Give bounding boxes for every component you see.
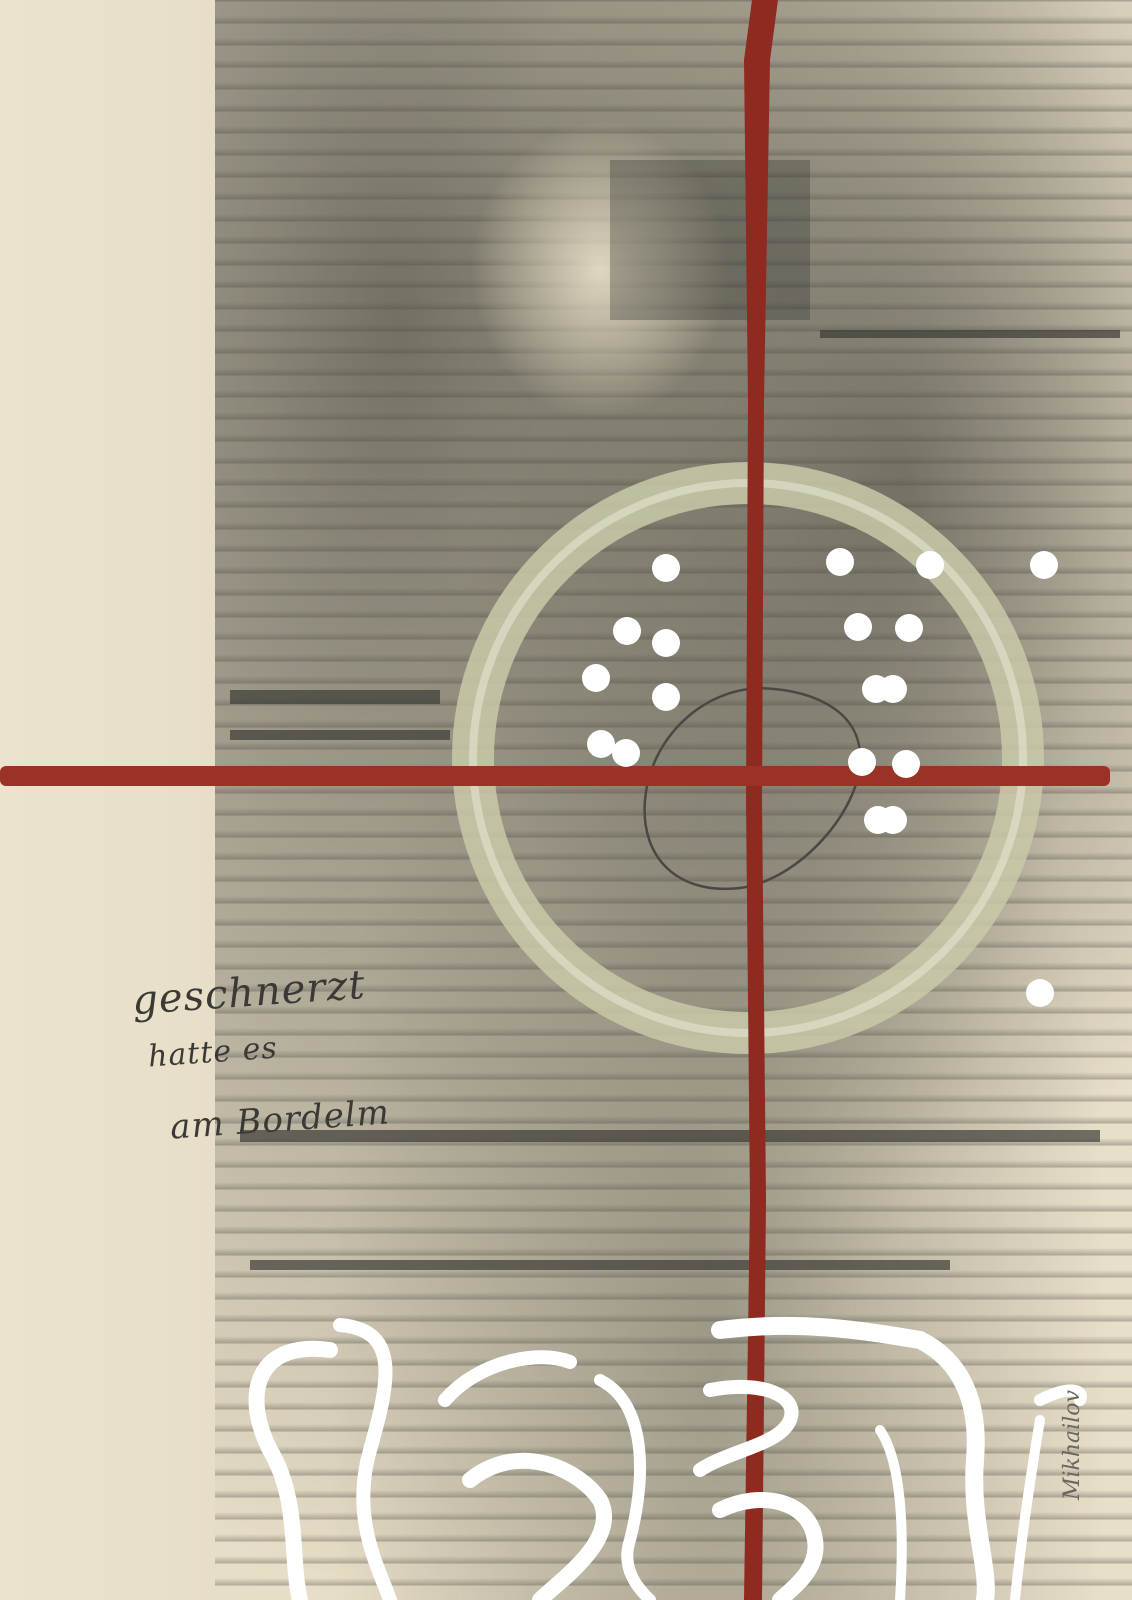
white-flowing-shapes	[257, 1325, 1081, 1600]
artwork-canvas: geschnerzt hatte es am Bordelm Mikhailov	[0, 0, 1132, 1600]
artist-signature: Mikhailov	[1060, 1390, 1085, 1500]
red-horizontal-line	[0, 766, 1110, 786]
painted-elements	[0, 0, 1132, 1600]
